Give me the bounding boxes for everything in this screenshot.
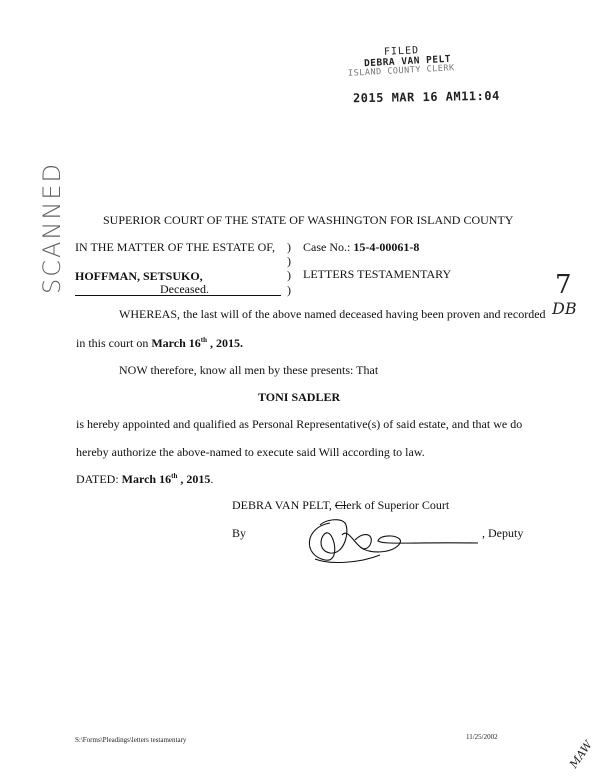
- caption-paren: ): [287, 240, 291, 255]
- margin-note-initials: DB: [552, 299, 577, 318]
- footer-form-path: S:\Forms\Pleadings\letters testamentary: [75, 736, 186, 744]
- caption-paren: ): [287, 283, 291, 298]
- footer-form-date: 11/25/2002: [466, 733, 498, 741]
- filed-stamp-datetime: 2015 MAR 16 AM11:04: [353, 89, 500, 106]
- caption-paren: ): [287, 268, 291, 283]
- margin-note-number: 7: [555, 270, 572, 300]
- caption-underline: [75, 295, 281, 296]
- caption-paren: ): [287, 254, 291, 269]
- recorded-date: March 16th , 2015.: [151, 336, 243, 350]
- by-label: By: [232, 526, 246, 541]
- court-title: SUPERIOR COURT OF THE STATE OF WASHINGTO…: [103, 213, 513, 228]
- whereas-line-1: WHEREAS, the last will of the above name…: [119, 307, 546, 322]
- case-number: Case No.: 15-4-00061-8: [303, 240, 419, 255]
- appointed-line-2: hereby authorize the above-named to exec…: [76, 445, 425, 460]
- case-number-label: Case No.:: [303, 240, 353, 254]
- now-therefore-line: NOW therefore, know all men by these pre…: [119, 363, 378, 378]
- clerk-line: DEBRA VAN PELT, Clerk of Superior Court: [232, 498, 449, 513]
- appointee-name: TONI SADLER: [258, 390, 340, 405]
- document-title: LETTERS TESTAMENTARY: [303, 267, 451, 282]
- struck-text: Cl: [335, 498, 346, 512]
- deputy-label: , Deputy: [482, 526, 523, 541]
- case-number-value: 15-4-00061-8: [353, 240, 419, 254]
- whereas-line-2: in this court on March 16th , 2015.: [76, 336, 243, 351]
- deputy-signature: [300, 515, 485, 565]
- dated-value: March 16th , 2015: [122, 472, 211, 486]
- whereas-prefix: in this court on: [76, 336, 151, 350]
- footer-handwritten-initials: MAW: [567, 738, 595, 770]
- appointed-line-1: is hereby appointed and qualified as Per…: [76, 417, 522, 432]
- scanned-stamp: SCANNED: [38, 162, 66, 294]
- dated-label: DATED:: [76, 472, 122, 486]
- matter-line: IN THE MATTER OF THE ESTATE OF,: [75, 240, 275, 255]
- dated-line: DATED: March 16th , 2015.: [76, 472, 213, 487]
